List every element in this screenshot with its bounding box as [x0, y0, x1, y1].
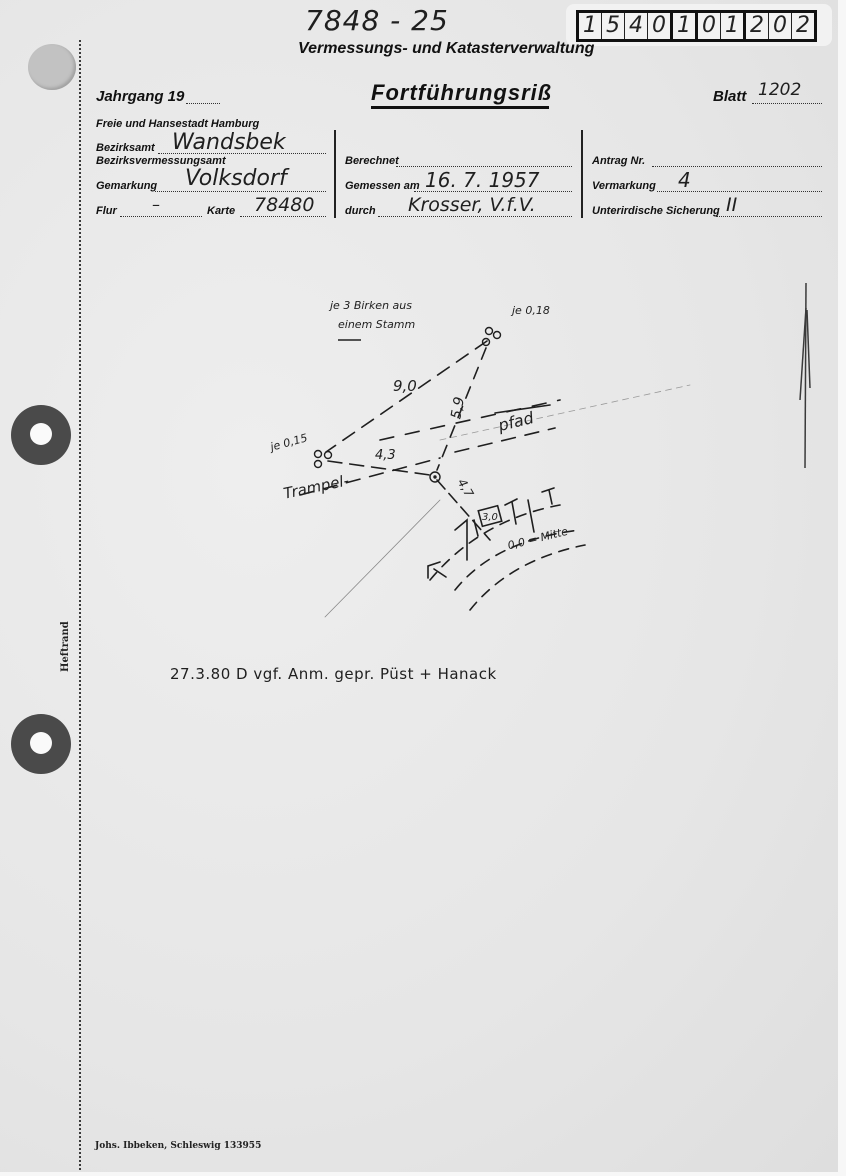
sketch-note-top-right: je 0,18 — [512, 304, 550, 317]
sketch-distance-top: 9,0 — [393, 377, 417, 395]
survey-sketch — [0, 0, 846, 1176]
sketch-note-birch-1: je 3 Birken aus — [330, 299, 412, 312]
review-annotation: 27.3.80 D vgf. Anm. gepr. Püst + Hanack — [170, 665, 497, 683]
sketch-distance-horizontal: 4,3 — [375, 448, 396, 463]
sketch-distance-small: 3,0 — [482, 512, 498, 523]
printer-imprint: Johs. Ibbeken, Schleswig 133955 — [95, 1141, 261, 1151]
sketch-note-birch-2: einem Stamm — [338, 318, 415, 331]
